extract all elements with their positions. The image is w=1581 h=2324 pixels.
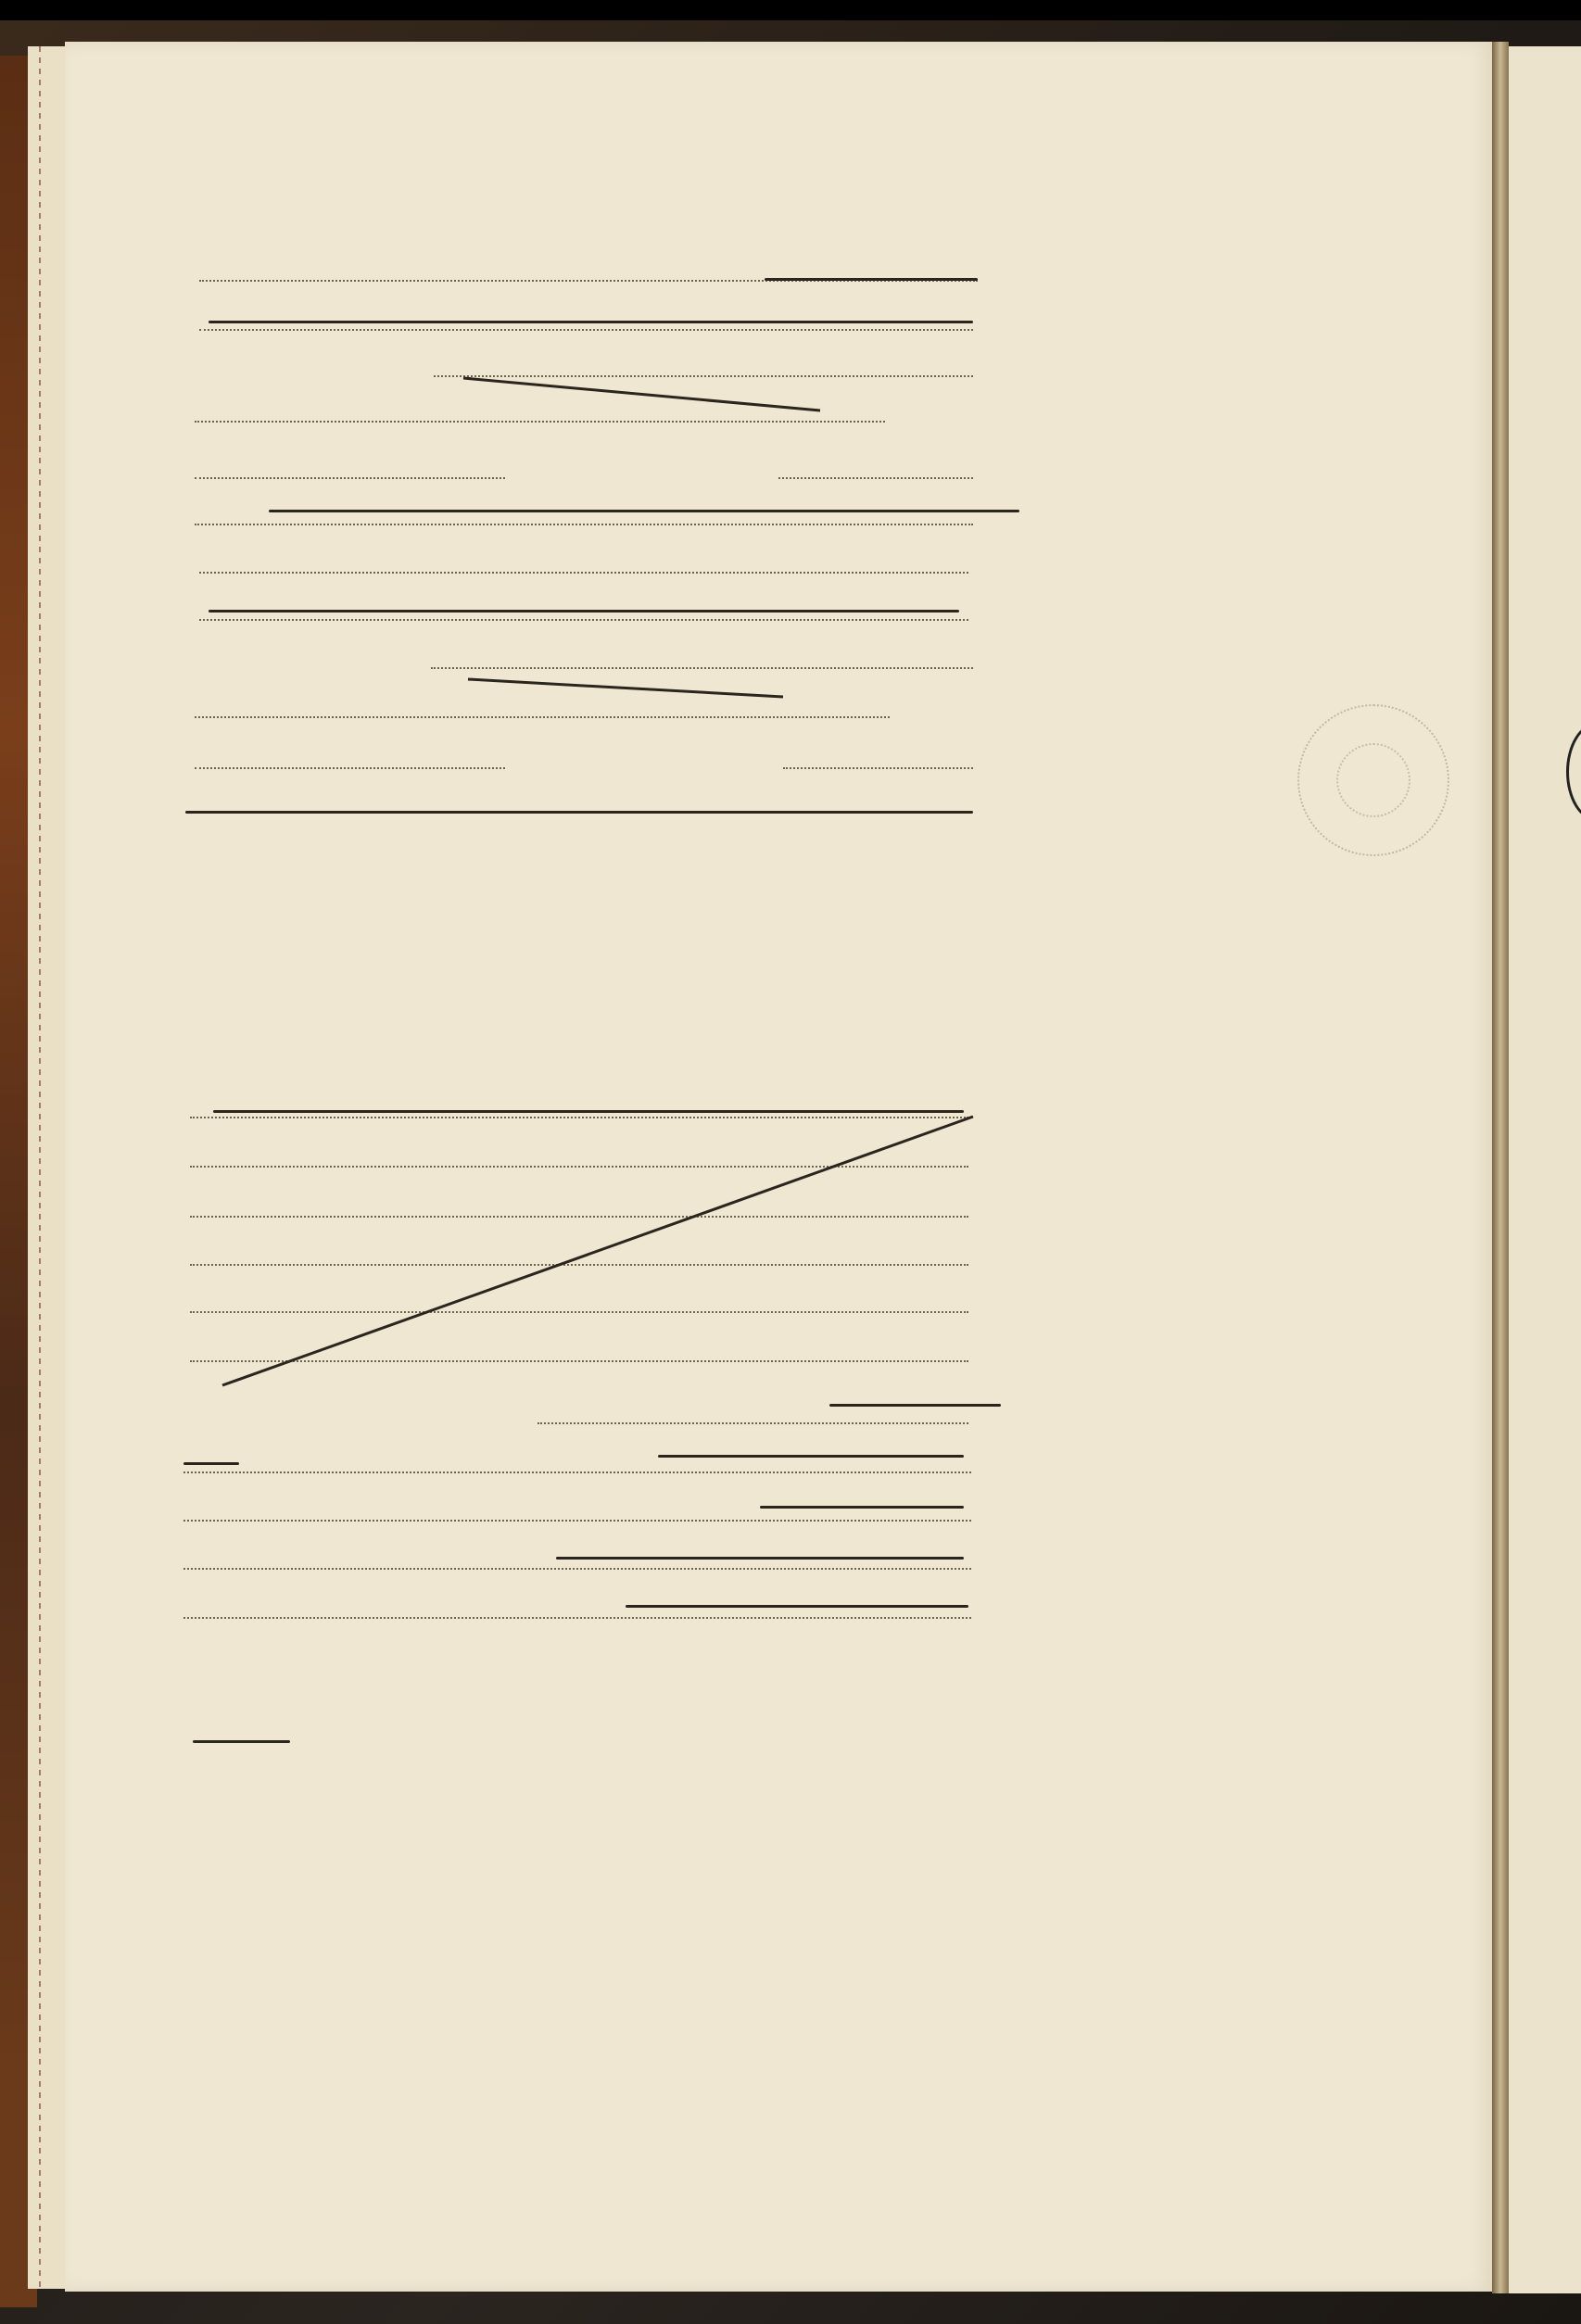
- fill-stroke: [183, 1462, 239, 1465]
- fill-stroke: [556, 1557, 964, 1560]
- signature-dotted-line: [183, 1471, 971, 1473]
- fill-stroke: [760, 1506, 964, 1509]
- signature-dotted-line: [538, 1422, 968, 1424]
- fill-stroke: [626, 1605, 968, 1608]
- window-title-bar: [0, 0, 1581, 20]
- fill-stroke: [658, 1455, 964, 1458]
- fill-stroke: [193, 1740, 290, 1743]
- cancellation-diagonal-stroke: [0, 0, 1581, 2324]
- fill-stroke: [829, 1404, 1001, 1407]
- signature-dotted-line: [183, 1568, 971, 1570]
- signature-dotted-line: [183, 1617, 971, 1619]
- signature-dotted-line: [183, 1520, 971, 1522]
